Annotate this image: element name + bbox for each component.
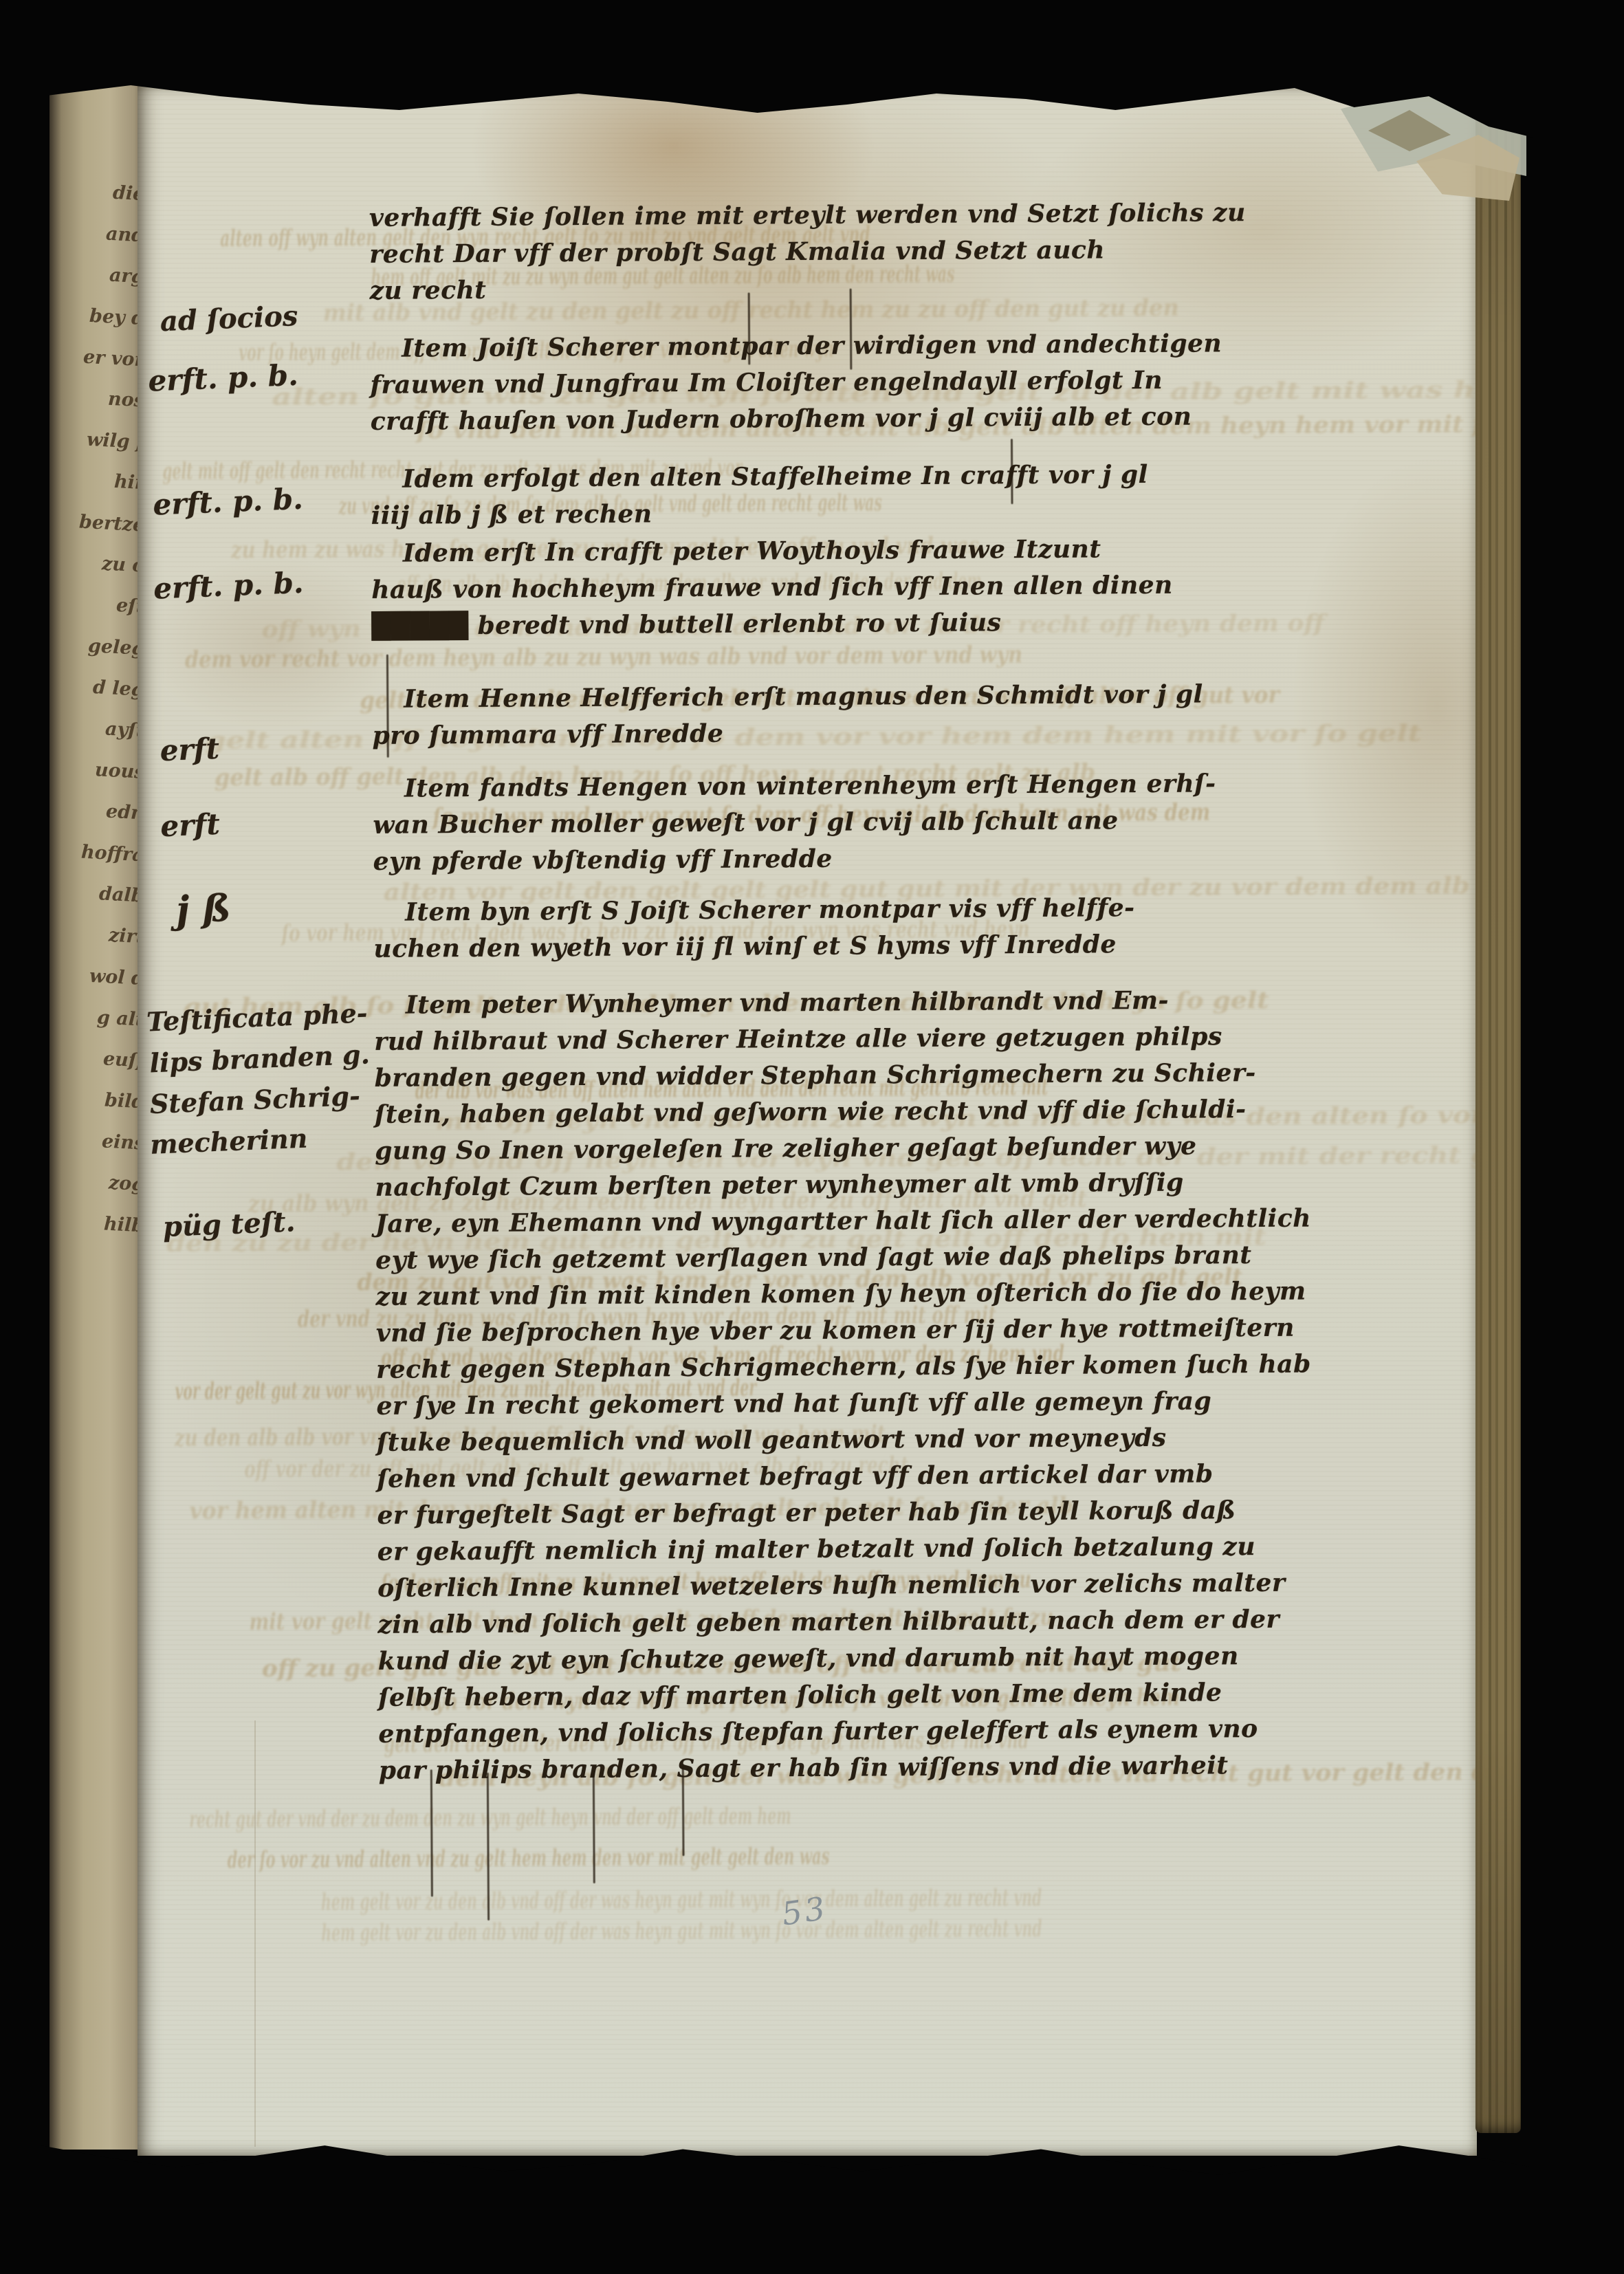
manuscript-line: ſehen vnd ſchult gewarnet befragt vff de… xyxy=(377,1458,1474,1501)
manuscript-line: Item peter Wynheymer vnd marten hilbrand… xyxy=(374,984,1471,1027)
margin-note: püg teſt. xyxy=(162,1205,296,1243)
manuscript-line: eyn pferde vbſtendig vff Inredde xyxy=(373,840,1471,884)
margin-note: erft xyxy=(160,807,220,843)
gutter-text-fragment: hoffra xyxy=(81,842,145,866)
manuscript-entry: Item byn erſt S Joiſt Scherer montpar vi… xyxy=(373,891,1471,971)
gutter-text-fragment: wol d xyxy=(89,965,144,990)
ink-stroke xyxy=(487,1773,490,1921)
manuscript-line: Item byn erſt S Joiſt Scherer montpar vi… xyxy=(373,891,1471,934)
margin-note: j ß xyxy=(175,886,232,932)
manuscript-line: hauß von hochheym frauwe vnd ſich vff In… xyxy=(371,569,1469,612)
margin-note: lips branden g. xyxy=(149,1038,371,1078)
manuscript-line: er furgeſtelt Sagt er befragt er peter h… xyxy=(377,1494,1474,1538)
manuscript-line: entpfangen, vnd ſolichs ſtepfan furter g… xyxy=(378,1713,1475,1756)
manuscript-entry: Idem erſt In crafft peter Woythoyls frau… xyxy=(371,532,1469,648)
manuscript-line: recht gegen Stephan Schrigmechern, als ſ… xyxy=(376,1348,1473,1392)
margin-note: Stefan Schrig- xyxy=(149,1080,361,1120)
manuscript-line: gung So Inen vorgeleſen Ire zeligher geſ… xyxy=(375,1130,1472,1173)
manuscript-line: █████ beredt vnd buttell erlenbt ro vt ſ… xyxy=(371,605,1469,648)
manuscript-line: frauwen vnd Jungfrau Im Cloiſter engelnd… xyxy=(370,364,1467,407)
manuscript-line: Item Joiſt Scherer montpar der wirdigen … xyxy=(370,327,1467,371)
manuscript-entry: Idem erfolgt den alten Staffelheime In c… xyxy=(371,458,1469,538)
manuscript-line: zin alb vnd ſolich gelt geben marten hil… xyxy=(377,1604,1475,1647)
gutter-text-fragment: wilg ſ xyxy=(87,429,145,453)
facing-page-edge: dieandargbey der vornoswilg ſhirbertzezu… xyxy=(50,80,150,2150)
margin-note: erft. p. b. xyxy=(147,358,298,398)
manuscript-line: zu recht xyxy=(369,270,1467,313)
margin-note: Teſtificata phe- xyxy=(146,997,368,1037)
gutter-text-fragment: bertze xyxy=(78,512,145,536)
manuscript-line: rud hilbraut vnd Scherer Heintze alle vi… xyxy=(374,1020,1471,1064)
manuscript-line: zu zunt vnd ſin mit kinden komen ſy heyn… xyxy=(375,1276,1473,1319)
manuscript-line: vnd ſie beſprochen hye vber zu komen er … xyxy=(376,1312,1473,1355)
manuscript-entry: Item Henne Helfferich erſt magnus den Sc… xyxy=(372,678,1470,758)
manuscript-line: uchen den wyeth vor iij fl winſ et S hym… xyxy=(373,928,1471,971)
manuscript-line: crafft hauſen von Judern obroſhem vor j … xyxy=(371,400,1468,444)
margin-note: erft. p. b. xyxy=(153,482,304,522)
margin-note: erft xyxy=(160,732,220,767)
manuscript-line: kund die zyt eyn ſchutze geweſt, vnd dar… xyxy=(378,1640,1475,1683)
fore-edge-pages xyxy=(1475,103,1521,2133)
manuscript-line: Item fandts Hengen von winterenheym erſt… xyxy=(373,767,1470,811)
manuscript-photo: dieandargbey der vornoswilg ſhirbertzezu… xyxy=(0,0,1624,2274)
manuscript-line: ſtuke bequemlich vnd woll geantwort vnd … xyxy=(377,1421,1474,1465)
manuscript-line: ſtein, haben gelabt vnd geſworn wie rech… xyxy=(375,1093,1472,1137)
ink-stroke xyxy=(386,655,389,758)
margin-note: ad ſocios xyxy=(160,300,298,338)
manuscript-line: Idem erfolgt den alten Staffelheime In c… xyxy=(371,458,1468,501)
manuscript-line: ſelbſt hebern, daz vff marten ſolich gel… xyxy=(378,1676,1475,1720)
folio-number: 53 xyxy=(779,1889,830,1932)
manuscript-line: pro ſummara vff Inredde xyxy=(372,714,1469,758)
gutter-text-fragment: er vor xyxy=(83,347,145,371)
manuscript-line: nachfolgt Czum berſten peter wynheymer a… xyxy=(375,1166,1472,1210)
manuscript-page: alten off wyn alten gelt den wyn recht g… xyxy=(138,84,1477,2156)
manuscript-line: Idem erſt In crafft peter Woythoyls frau… xyxy=(371,532,1469,576)
manuscript-line: Jare, eyn Ehemann vnd wyngartter halt ſi… xyxy=(375,1203,1473,1246)
ink-stroke xyxy=(748,292,751,364)
manuscript-line: er ſye In recht gekomert vnd hat ſunſt v… xyxy=(376,1385,1473,1428)
gutter-text-fragment: bey d xyxy=(89,305,145,329)
manuscript-entry: verhafft Sie ſollen ime mit erteylt werd… xyxy=(369,197,1467,313)
manuscript-line: branden gegen vnd widder Stephan Schrigm… xyxy=(374,1057,1471,1100)
manuscript-entry: Item fandts Hengen von winterenheym erſt… xyxy=(373,767,1471,884)
manuscript-line: recht Dar vff der probſt Sagt Kmalia vnd… xyxy=(369,233,1467,276)
ink-stroke xyxy=(1011,439,1013,504)
manuscript-line: oſterlich Inne kunnel wetzelers huſh nem… xyxy=(377,1567,1475,1610)
manuscript-line: wan Bucher moller geweſt vor j gl cvij a… xyxy=(373,804,1470,847)
margin-note: erft. p. b. xyxy=(153,566,304,606)
gutter-text-fragment: geleg xyxy=(87,635,145,659)
manuscript-line: par philips branden, Sagt er hab ſin wiſ… xyxy=(379,1749,1476,1793)
manuscript-line: iiij alb j ß et rechen xyxy=(371,494,1468,538)
handwriting-layer: 53 ad ſocioserft. p. b.erft. p. b.erft. … xyxy=(138,84,1477,2156)
manuscript-line: verhafft Sie ſollen ime mit erteylt werd… xyxy=(369,197,1467,240)
manuscript-entry: Item Joiſt Scherer montpar der wirdigen … xyxy=(370,327,1468,444)
manuscript-entry: Item peter Wynheymer vnd marten hilbrand… xyxy=(374,984,1476,1793)
manuscript-line: eyt wye ſich getzemt verſlagen vnd ſagt … xyxy=(375,1239,1473,1282)
manuscript-line: er gekaufft nemlich inj malter betzalt v… xyxy=(377,1531,1475,1574)
manuscript-line: Item Henne Helfferich erſt magnus den Sc… xyxy=(372,678,1469,721)
margin-note: mecherinn xyxy=(149,1122,308,1159)
